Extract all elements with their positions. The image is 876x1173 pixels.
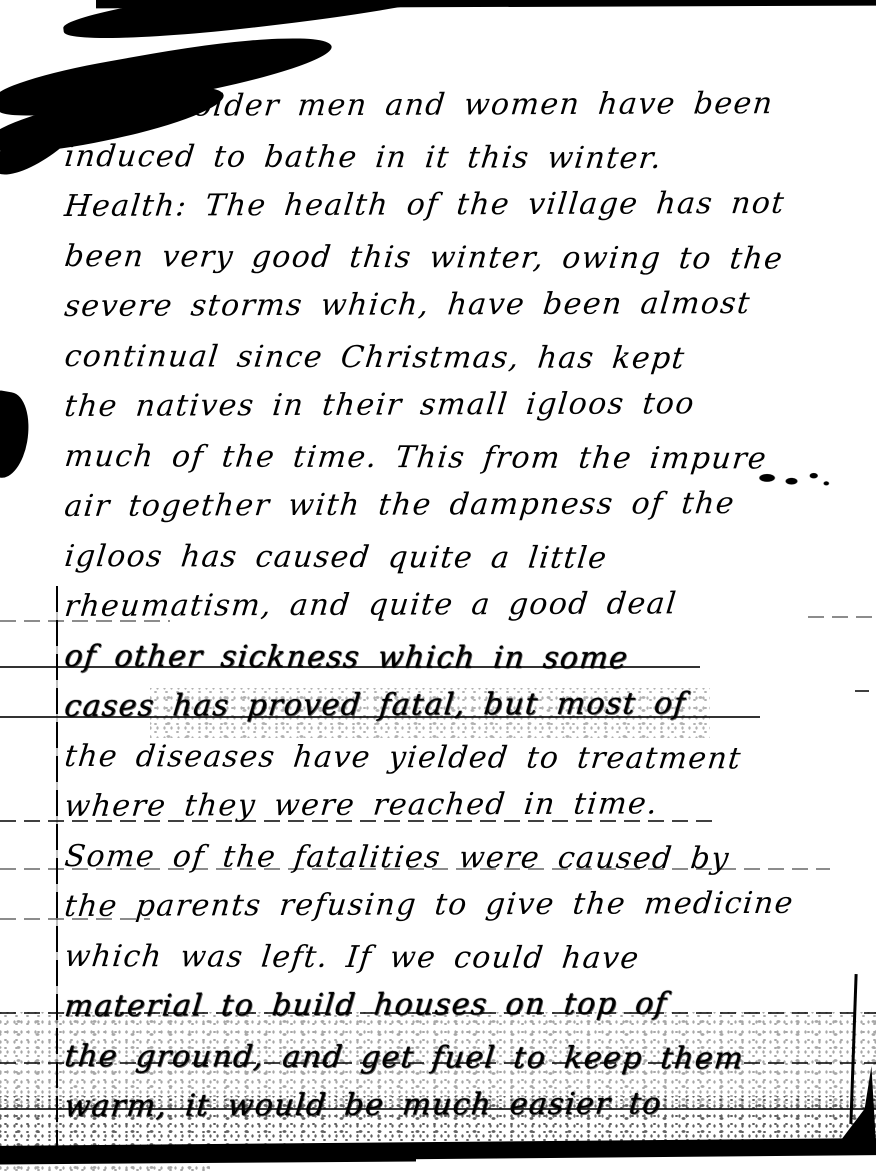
scan-noise-band <box>150 688 710 738</box>
ruled-line <box>855 690 869 692</box>
handwritten-line: the natives in their small igloos too <box>62 379 867 432</box>
handwritten-line: been very good this winter, owing to the <box>62 232 867 285</box>
handwritten-line: the diseases have yielded to treatment <box>62 732 867 785</box>
handwritten-line: severe storms which, have been almost <box>62 279 867 332</box>
handwritten-line: where they were reached in time. <box>62 779 867 832</box>
ruled-line <box>0 620 170 622</box>
handwritten-line: air together with the dampness of the <box>62 479 867 532</box>
handwritten-line: much of the time. This from the impure <box>62 432 867 485</box>
handwritten-line: induced to bathe in it this winter. <box>62 132 867 185</box>
handwritten-line: of other sickness which in some <box>62 632 867 685</box>
ink-smear-artifact <box>756 468 830 490</box>
handwritten-line: Health: The health of the village has no… <box>62 179 867 232</box>
handwritten-line: igloos has caused quite a little <box>62 532 867 585</box>
ruled-line <box>0 820 720 822</box>
scanned-document-page: The older men and women have been induce… <box>0 0 876 1173</box>
ruled-line <box>0 918 150 920</box>
ruled-line <box>0 868 830 870</box>
handwritten-line: continual since Christmas, has kept <box>62 332 867 385</box>
handwritten-line: the parents refusing to give the medicin… <box>62 879 867 932</box>
ruled-line <box>0 666 700 668</box>
handwritten-text-block: The older men and women have been induce… <box>0 0 876 1173</box>
handwritten-line: rheumatism, and quite a good deal <box>62 579 867 632</box>
ruled-line <box>808 616 876 618</box>
handwritten-line: which was left. If we could have <box>62 932 867 985</box>
scan-noise-band <box>0 1012 876 1104</box>
handwritten-line: Some of the fatalities were caused by <box>62 832 867 885</box>
handwritten-line: The older men and women have been <box>112 79 876 132</box>
